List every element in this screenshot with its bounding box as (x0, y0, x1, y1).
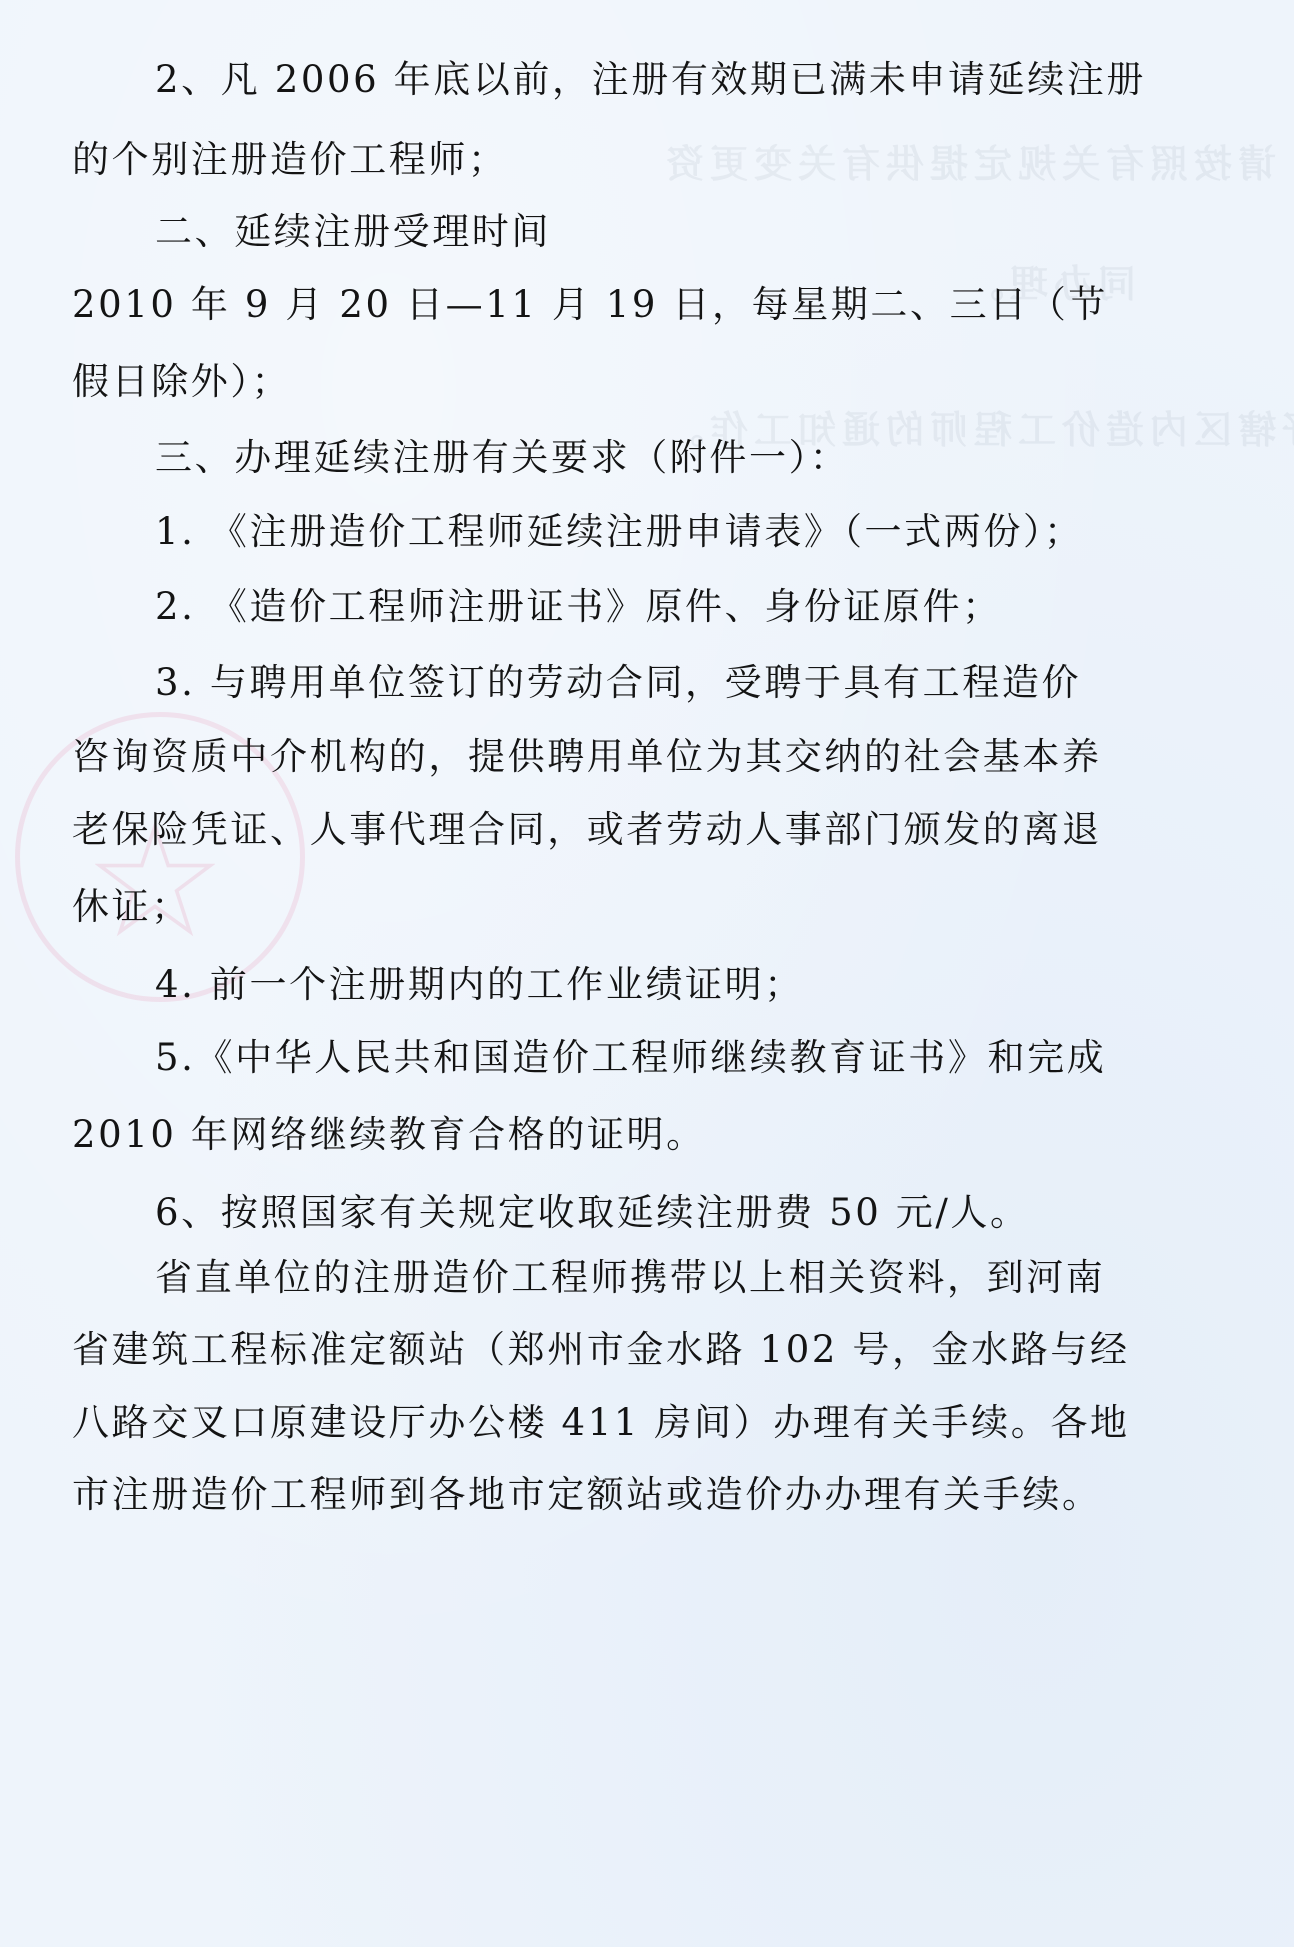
requirement-6: 6、按照国家有关规定收取延续注册费 50 元/人。 (155, 1191, 1030, 1235)
text-line-5: 假日除外）； (72, 360, 291, 404)
section-heading-2: 二、延续注册受理时间 (155, 210, 551, 254)
instructions-para-3: 八路交叉口原建设厅办公楼 411 房间）办理有关手续。各地 (72, 1401, 1130, 1445)
section-heading-3: 三、办理延续注册有关要求（附件一）： (155, 436, 849, 480)
scanned-page: 请按照有关规定提供有关变更资 同办理。 好辖区内造价工程师的通知工作。 2、凡 … (0, 0, 1294, 1947)
requirement-3: 3. 与聘用单位签订的劳动合同，受聘于具有工程造价 (155, 661, 1081, 705)
requirement-5-cont: 2010 年网络继续教育合格的证明。 (72, 1113, 706, 1157)
requirement-3-cont-2: 老保险凭证、人事代理合同，或者劳动人事部门颁发的离退 (72, 808, 1102, 852)
requirement-3-cont-1: 咨询资质中介机构的，提供聘用单位为其交纳的社会基本养 (72, 735, 1102, 779)
requirement-2: 2. 《造价工程师注册证书》原件、身份证原件； (155, 585, 1002, 629)
requirement-1: 1. 《注册造价工程师延续注册申请表》（一式两份）； (155, 510, 1084, 554)
instructions-para-4: 市注册造价工程师到各地市定额站或造价办办理有关手续。 (72, 1473, 1102, 1517)
instructions-para-2: 省建筑工程标准定额站（郑州市金水路 102 号，金水路与经 (72, 1328, 1130, 1372)
requirement-4: 4. 前一个注册期内的工作业绩证明； (155, 963, 804, 1007)
bleed-through-text-1: 请按照有关规定提供有关变更资 (660, 142, 1276, 186)
instructions-para-1: 省直单位的注册造价工程师携带以上相关资料，到河南 (155, 1256, 1105, 1300)
requirement-5: 5.《中华人民共和国造价工程师继续教育证书》和完成 (155, 1036, 1106, 1080)
text-line-2: 的个别注册造价工程师； (72, 138, 508, 182)
text-line-4: 2010 年 9 月 20 日—11 月 19 日，每星期二、三日（节 (72, 283, 1108, 327)
text-line-1: 2、凡 2006 年底以前，注册有效期已满未申请延续注册 (155, 58, 1146, 102)
requirement-3-cont-3: 休证； (72, 885, 191, 929)
